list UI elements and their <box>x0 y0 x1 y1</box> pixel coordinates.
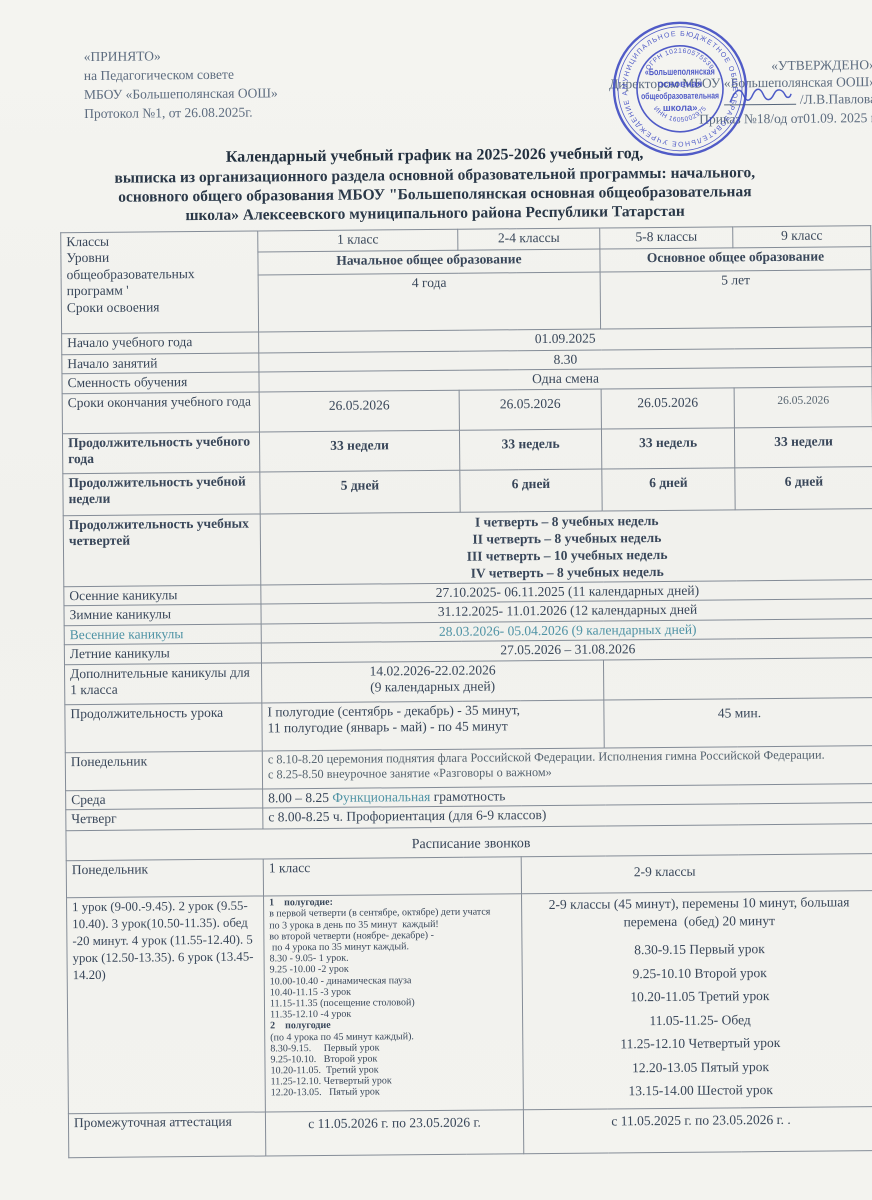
spring-label: Весенние каникулы <box>64 624 261 645</box>
year-length-value: 33 недели <box>734 427 872 468</box>
year-length-value: 33 недель <box>459 429 601 470</box>
autumn-label: Осенние каникулы <box>64 585 261 606</box>
term-length: 5 лет <box>600 270 871 329</box>
start-year-label: Начало учебного года <box>62 332 259 355</box>
bells-first-class-schedule: 1 полугодие: в первой четверти (в сентяб… <box>264 894 524 1112</box>
end-year-value: 26.05.2026 <box>601 388 734 429</box>
attestation-label: Промежуточная аттестация <box>68 1112 265 1158</box>
grid-header-label: Классы Уровни общеобразовательных програ… <box>61 231 259 334</box>
lesson-length-label: Продолжительность урока <box>65 703 262 753</box>
bells-other-classes-schedule: 2-9 классы (45 минут), перемены 10 минут… <box>522 891 872 1109</box>
attestation-secondary-value: с 11.05.2025 г. по 23.05.2026 г. . <box>523 1106 872 1153</box>
monday-activity-label: Понедельник <box>65 751 262 791</box>
quarters-value: I четверть – 8 учебных недель II четверт… <box>260 509 872 585</box>
extra-holidays-empty <box>603 657 872 699</box>
calendar-table: Классы Уровни общеобразовательных програ… <box>60 225 872 1158</box>
year-length-label: Продолжительность учебного года <box>62 432 259 474</box>
scanned-page: «ПРИНЯТО» на Педагогическом совете МБОУ … <box>0 0 872 1200</box>
start-lessons-label: Начало занятий <box>62 353 259 374</box>
end-year-value: 26.05.2026 <box>734 387 872 428</box>
winter-label: Зимние каникулы <box>64 604 261 625</box>
thursday-activity-label: Четверг <box>66 808 263 831</box>
class-col-header: 9 класс <box>733 226 871 248</box>
bells-first-class-header: 1 класс <box>263 857 521 896</box>
class-col-header: 2-4 классы <box>458 228 600 250</box>
bells-monday-times: 1 урок (9-00.-9.45). 2 урок (9.55-10.40)… <box>67 896 266 1113</box>
year-length-value: 33 недели <box>259 430 459 472</box>
extra-holidays-label: Дополнительные каникулы для 1 класса <box>64 663 261 705</box>
scan-content: «ПРИНЯТО» на Педагогическом совете МБОУ … <box>0 0 872 1200</box>
summer-label: Летние каникулы <box>64 643 261 664</box>
shifts-label: Сменность обучения <box>62 372 259 393</box>
term-length: 4 года <box>258 272 600 332</box>
lesson-length-primary: I полугодие (сентябрь - декабрь) - 35 ми… <box>262 700 604 751</box>
lesson-length-secondary: 45 мин. <box>604 697 872 747</box>
extra-holidays-value: 14.02.2026-22.02.2026 (9 календарных дне… <box>261 660 603 703</box>
week-length-value: 6 дней <box>735 467 872 510</box>
education-level: Основное общее образование <box>600 247 871 272</box>
week-length-value: 6 дней <box>602 468 735 511</box>
education-level: Начальное общее образование <box>258 249 600 275</box>
bells-other-classes-header: 2-9 классы <box>521 854 872 894</box>
week-length-value: 6 дней <box>460 469 602 512</box>
week-length-value: 5 дней <box>260 470 460 514</box>
year-length-value: 33 недель <box>601 428 734 469</box>
attestation-primary-value: с 11.05.2026 г. по 23.05.2026 г. <box>265 1109 523 1155</box>
end-year-value: 26.05.2026 <box>259 390 459 432</box>
end-year-label: Сроки окончания учебного года <box>62 392 259 434</box>
document-title: Календарный учебный график на 2025-2026 … <box>0 0 871 227</box>
end-year-value: 26.05.2026 <box>459 389 601 430</box>
class-col-header: 1 класс <box>258 229 458 252</box>
class-col-header: 5-8 классы <box>600 227 733 249</box>
wednesday-activity-label: Среда <box>66 789 263 810</box>
week-length-label: Продолжительность учебной недели <box>63 472 260 516</box>
quarters-label: Продолжительность учебных четвертей <box>63 514 261 587</box>
bells-day-header: Понедельник <box>66 859 263 898</box>
monday-activity-value: с 8.10-8.20 церемония поднятия флага Рос… <box>262 745 872 788</box>
